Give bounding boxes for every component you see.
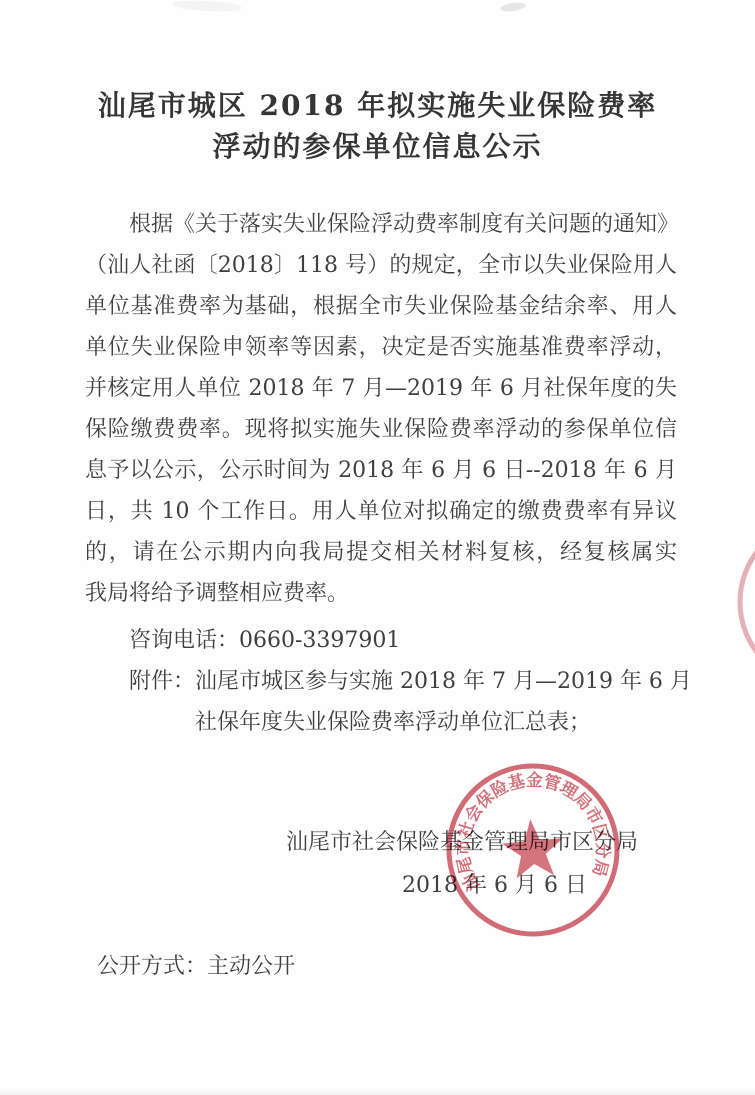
body-line: 并核定用人单位 2018 年 7 月—2019 年 6 月社保年度的失业 <box>85 368 677 409</box>
notice-body: 根据《关于落实失业保险浮动费率制度有关问题的通知》 （汕人社函〔2018〕118… <box>85 204 677 743</box>
body-line: 根据《关于落实失业保险浮动费率制度有关问题的通知》 <box>85 204 677 245</box>
body-line: 日，共 10 个工作日。用人单位对拟确定的缴费费率有异议 <box>85 491 677 532</box>
notice-document-page: 汕尾市城区 2018 年拟实施失业保险费率 浮动的参保单位信息公示 根据《关于落… <box>0 0 755 1095</box>
disclosure-method-line: 公开方式：主动公开 <box>97 953 295 981</box>
scan-smudge <box>172 0 242 13</box>
issuer-name: 汕尾市社会保险基金管理局市区分局 <box>286 829 636 857</box>
notice-title-line1: 汕尾市城区 2018 年拟实施失业保险费率 <box>0 84 755 124</box>
scan-bottom-shade <box>0 1088 755 1095</box>
body-line: 息予以公示，公示时间为 2018 年 6 月 6 日--2018 年 6 月 2… <box>85 450 677 491</box>
body-line: 单位失业保险申领率等因素，决定是否实施基准费率浮动， <box>85 327 677 368</box>
attachment-line-1: 附件：汕尾市城区参与实施 2018 年 7 月—2019 年 6 月 <box>85 661 677 702</box>
body-line: 保险缴费费率。现将拟实施失业保险费率浮动的参保单位信 <box>85 409 677 450</box>
scan-smudge <box>500 1 527 13</box>
body-line: 的，请在公示期内向我局提交相关材料复核，经复核属实的， <box>85 532 677 573</box>
body-line: （汕人社函〔2018〕118 号）的规定，全市以失业保险用人 <box>85 245 677 286</box>
body-line: 单位基准费率为基础，根据全市失业保险基金结余率、用人 <box>85 286 677 327</box>
body-line: 我局将给予调整相应费率。 <box>85 573 677 614</box>
edge-stamp-arc <box>740 519 755 685</box>
issue-date: 2018 年 6 月 6 日 <box>402 872 562 900</box>
edge-partial-stamp <box>735 517 755 687</box>
notice-title-line2: 浮动的参保单位信息公示 <box>0 125 755 165</box>
attachment-line-2: 社保年度失业保险费率浮动单位汇总表； <box>85 702 677 743</box>
contact-phone-line: 咨询电话：0660-3397901 <box>85 620 677 661</box>
